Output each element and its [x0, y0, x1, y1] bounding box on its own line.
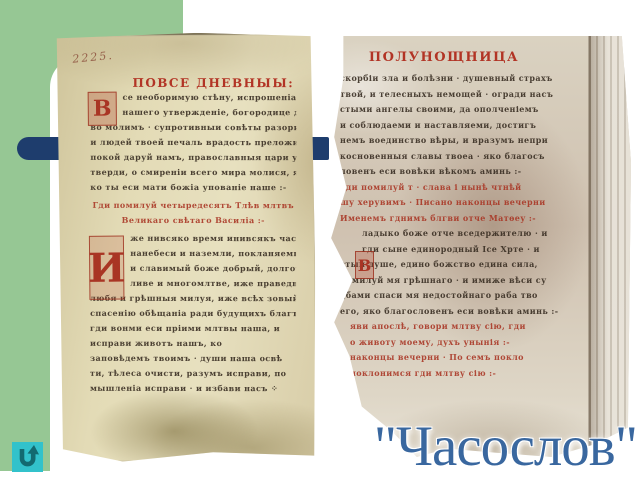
manuscript-photo-right: В ПОЛУНОЩНИЦА скорбіи зла и болѣзни · ду… [325, 36, 631, 457]
slide-caption: "Часослов" [374, 418, 637, 475]
title-ornament: 7· [294, 79, 296, 90]
ornate-initial-letter: В [355, 251, 374, 279]
page-title-red: ПОЛУНОЩНИЦА [340, 50, 588, 65]
book-fore-edge [589, 36, 631, 457]
manuscript-lines: скорбіи зла и болѣзни · душевный страхът… [340, 71, 588, 381]
manuscript-text-right: ПОЛУНОЩНИЦА скорбіи зла и болѣзни · душе… [340, 50, 588, 427]
manuscript-photo-left: 2225. В И ПОВСЕ ДНЕВНЫЫ:7· се необоримую… [54, 32, 317, 462]
presentation-slide: 2225. В И ПОВСЕ ДНЕВНЫЫ:7· се необоримую… [0, 0, 640, 480]
u-turn-arrow-icon [12, 442, 43, 472]
ornate-initial-letter: В [88, 92, 117, 126]
book-gutter-crease [588, 36, 591, 457]
ornate-initial-letter: И [89, 236, 125, 300]
return-button[interactable] [12, 442, 43, 472]
page-title-red: ПОВСЕ ДНЕВНЫЫ:7· [90, 76, 296, 90]
handwritten-inventory-number: 2225. [72, 49, 115, 66]
